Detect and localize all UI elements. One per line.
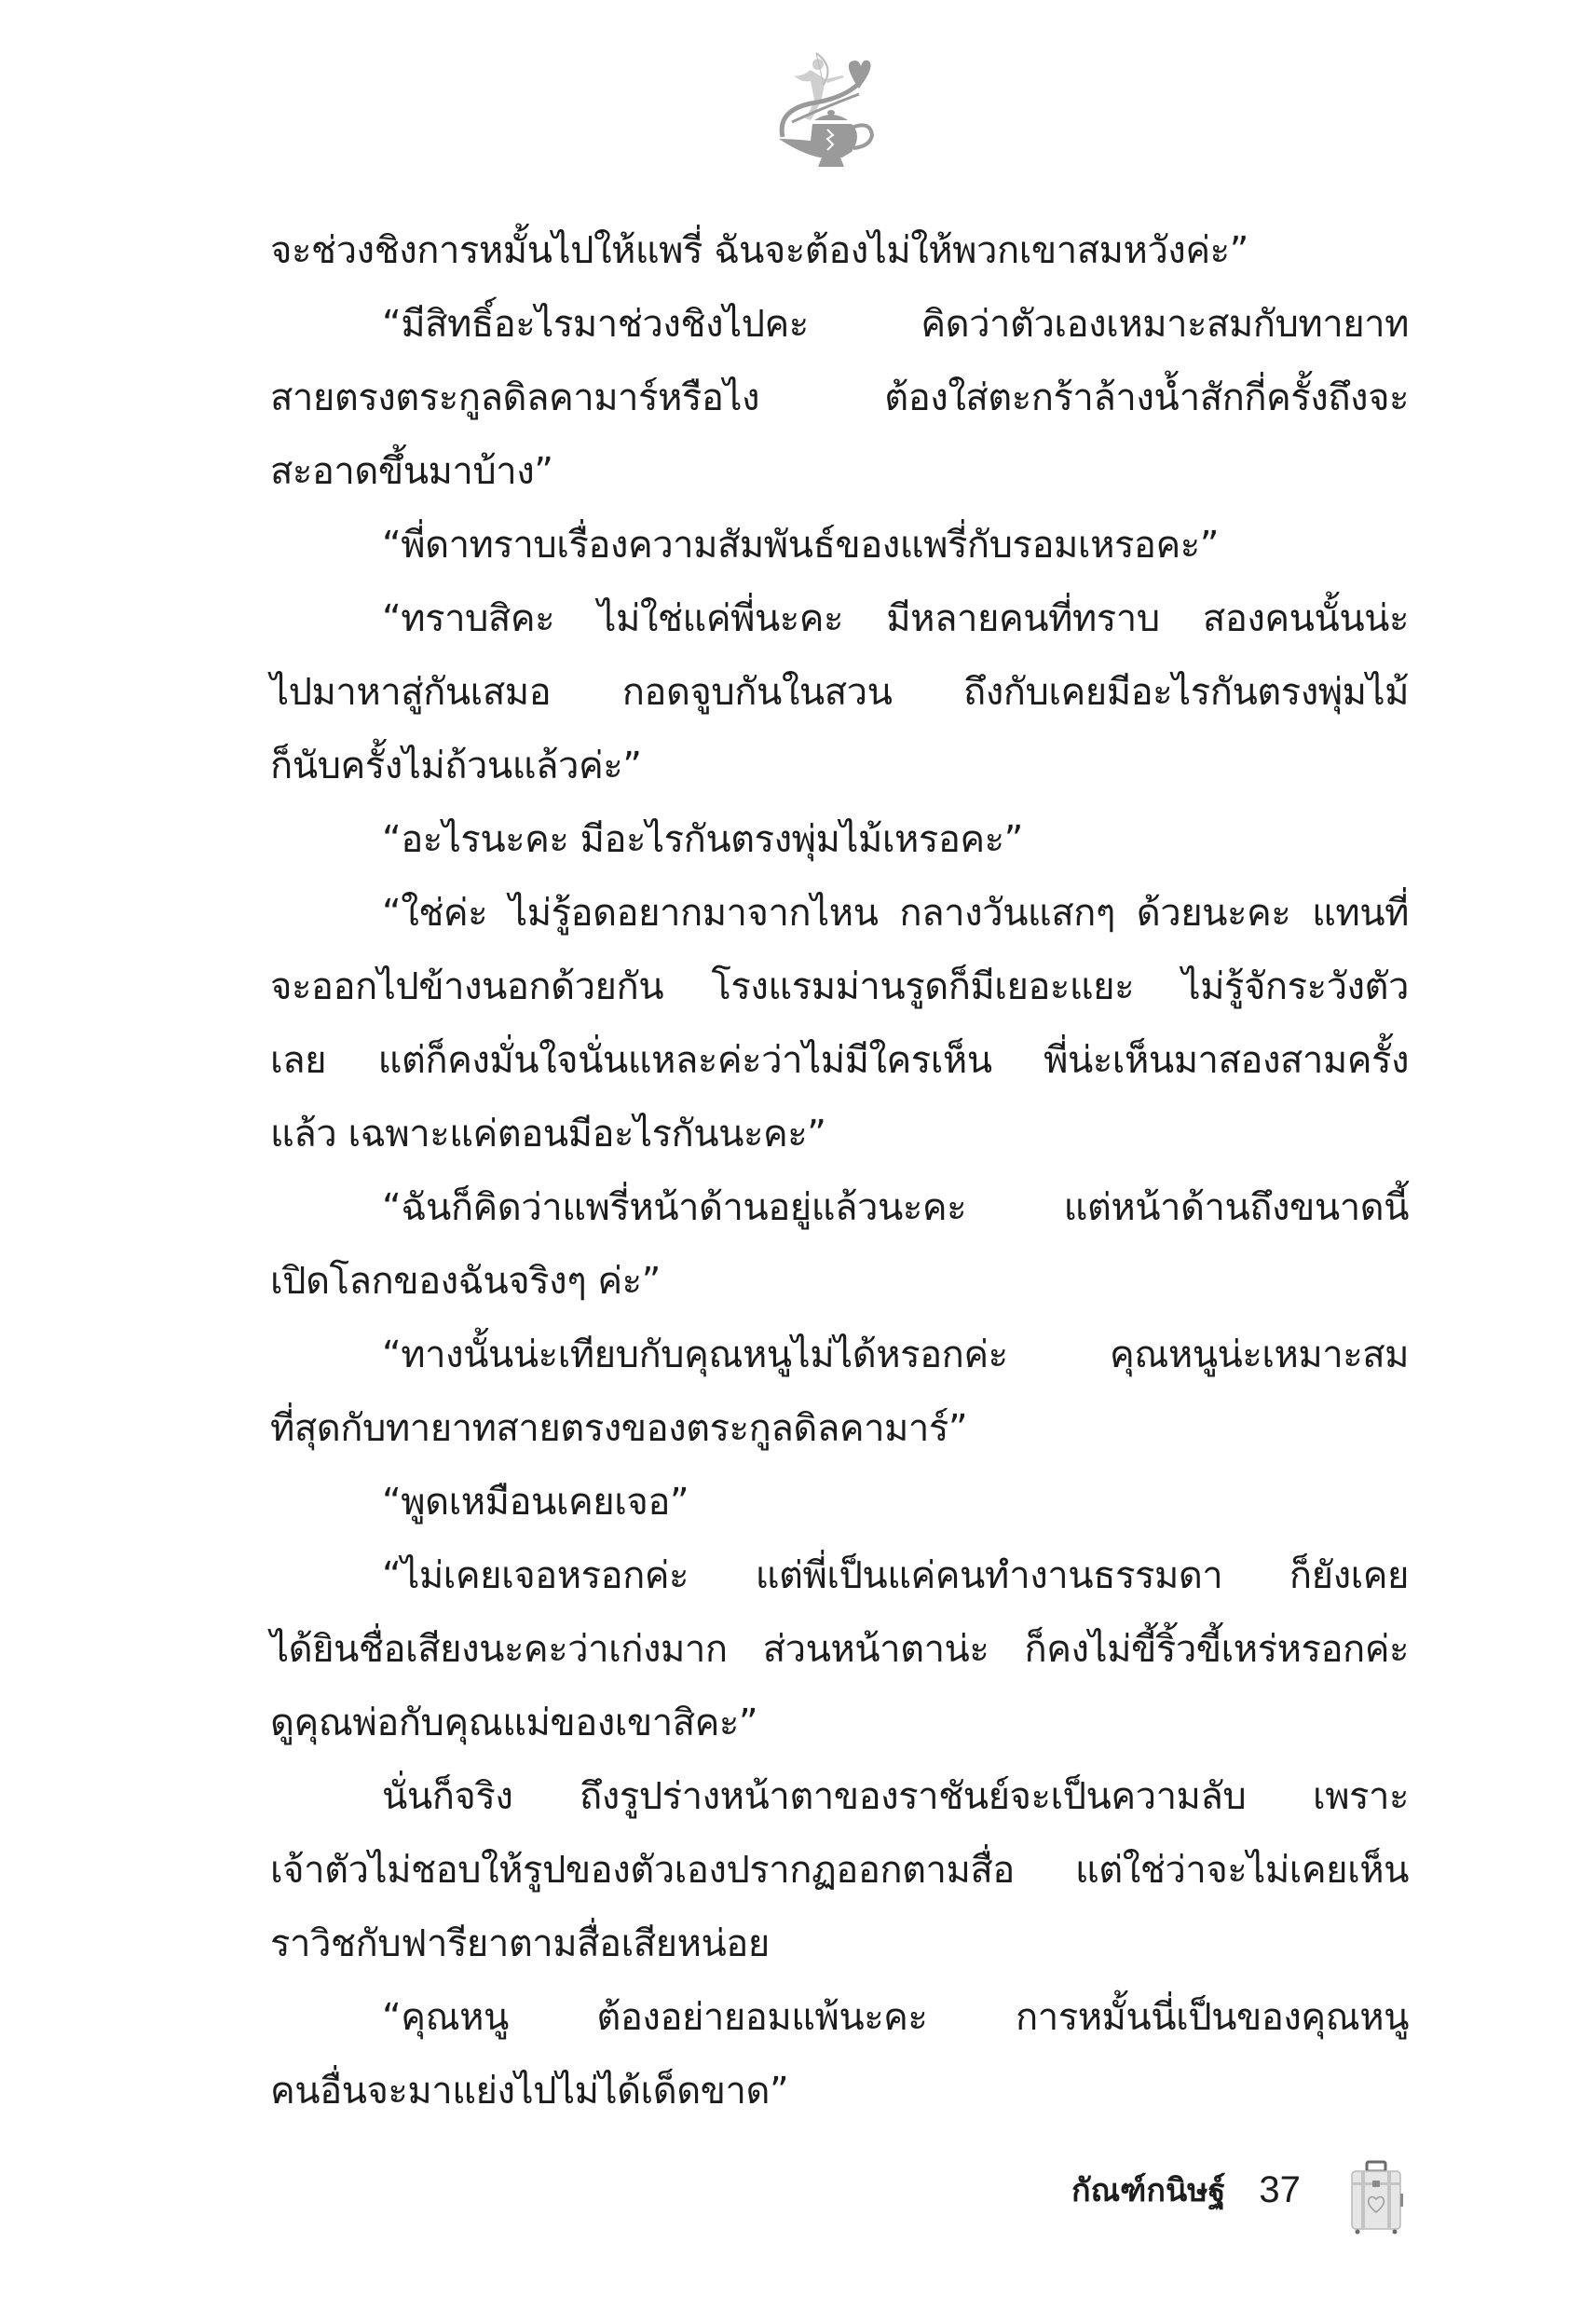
text-line: “ทางนั้นน่ะเทียบกับคุณหนูไม่ได้หรอกค่ะ ค… [270, 1319, 1409, 1392]
text-line: สายตรงตระกูลดิลคามาร์หรือไง ต้องใส่ตะกร้… [270, 362, 1409, 435]
text-line: “อะไรนะคะ มีอะไรกันตรงพุ่มไม้เหรอคะ” [270, 803, 1409, 877]
text-line: ก็นับครั้งไม่ถ้วนแล้วค่ะ” [270, 730, 1409, 803]
text-line: คนอื่นจะมาแย่งไปไม่ได้เด็ดขาด” [270, 2055, 1409, 2128]
text-line: นั่นก็จริง ถึงรูปร่างหน้าตาของราชันย์จะเ… [270, 1760, 1409, 1834]
text-line: “ไม่เคยเจอหรอกค่ะ แต่พี่เป็นแค่คนทำงานธร… [270, 1539, 1409, 1613]
text-line: สะอาดขึ้นมาบ้าง” [270, 435, 1409, 509]
text-line: เลย แต่ก็คงมั่นใจนั่นแหละค่ะว่าไม่มีใครเ… [270, 1024, 1409, 1098]
text-line: “ฉันก็คิดว่าแพรี่หน้าด้านอยู่แล้วนะคะ แต… [270, 1171, 1409, 1245]
page-footer: กัณฑ์กนิษฐ์ 37 [1071, 2157, 1301, 2222]
text-line: “คุณหนู ต้องอย่ายอมแพ้นะคะ การหมั้นนี่เป… [270, 1981, 1409, 2055]
running-title: กัณฑ์กนิษฐ์ [1071, 2165, 1225, 2215]
text-line: จะช่วงชิงการหมั้นไปให้แพรี่ ฉันจะต้องไม่… [270, 214, 1409, 288]
text-line: เปิดโลกของฉันจริงๆ ค่ะ” [270, 1245, 1409, 1319]
text-line: ที่สุดกับทายาทสายตรงของตระกูลดิลคามาร์” [270, 1392, 1409, 1466]
text-line: “ทราบสิคะ ไม่ใช่แค่พี่นะคะ มีหลายคนที่ทร… [270, 582, 1409, 656]
text-line: “พูดเหมือนเคยเจอ” [270, 1466, 1409, 1539]
page-number: 37 [1259, 2169, 1301, 2211]
text-line: ได้ยินชื่อเสียงนะคะว่าเก่งมาก ส่วนหน้าตา… [270, 1613, 1409, 1687]
suitcase-heart-icon [1348, 2160, 1404, 2235]
cupid-genie-lamp-icon [773, 51, 904, 172]
text-line: “มีสิทธิ์อะไรมาช่วงชิงไปคะ คิดว่าตัวเองเ… [270, 288, 1409, 362]
text-line: “พี่ดาทราบเรื่องความสัมพันธ์ของแพรี่กับร… [270, 509, 1409, 582]
text-line: ไปมาหาสู่กันเสมอ กอดจูบกันในสวน ถึงกับเค… [270, 656, 1409, 730]
text-line: แล้ว เฉพาะแค่ตอนมีอะไรกันนะคะ” [270, 1098, 1409, 1171]
text-line: ดูคุณพ่อกับคุณแม่ของเขาสิคะ” [270, 1687, 1409, 1760]
text-line: จะออกไปข้างนอกด้วยกัน โรงแรมม่านรูดก็มีเ… [270, 950, 1409, 1024]
text-line: “ใช่ค่ะ ไม่รู้อดอยากมาจากไหน กลางวันแสกๆ… [270, 877, 1409, 950]
text-line: ราวิชกับฟารียาตามสื่อเสียหน่อย [270, 1908, 1409, 1981]
text-line: เจ้าตัวไม่ชอบให้รูปของตัวเองปรากฏออกตามส… [270, 1834, 1409, 1908]
